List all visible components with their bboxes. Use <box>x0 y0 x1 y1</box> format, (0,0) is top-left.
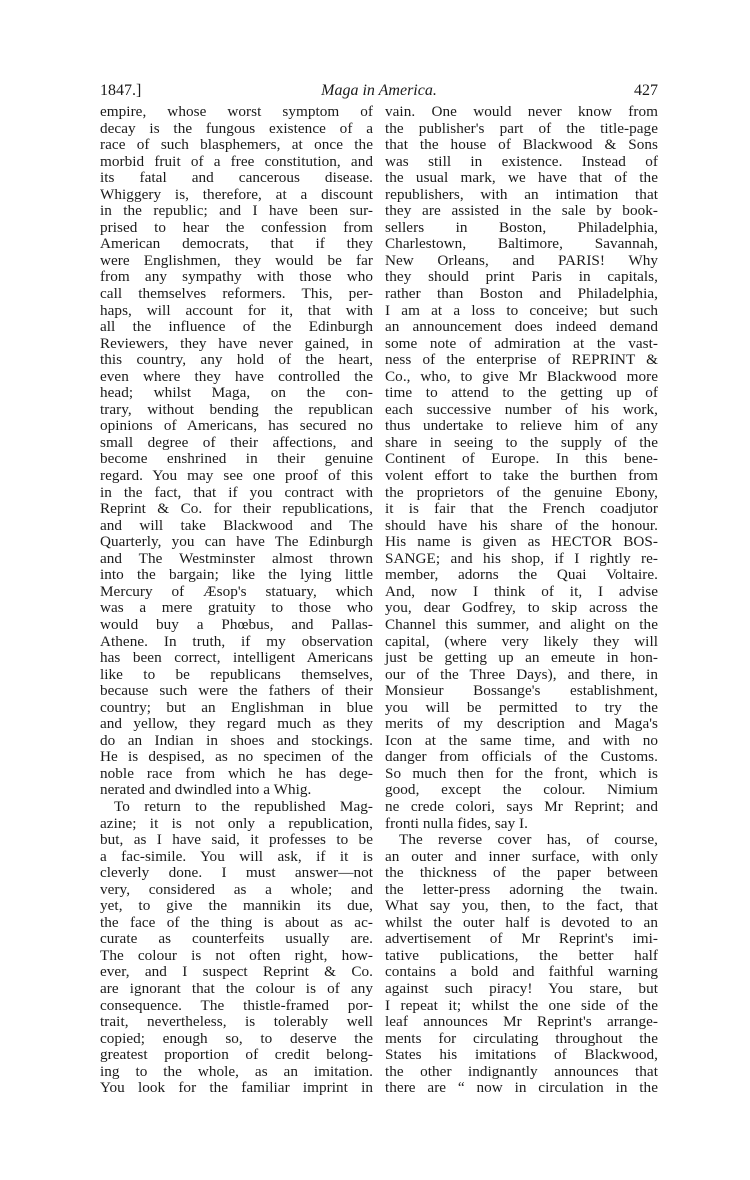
text-line: The colour is not often right, how- <box>100 948 373 965</box>
text-line: Monsieur Bossange's establishment, <box>385 683 658 700</box>
text-line: trait, nevertheless, is tolerably well <box>100 1014 373 1031</box>
text-line: its fatal and cancerous disease. <box>100 170 373 187</box>
text-line: in the fact, that if you contract with <box>100 485 373 502</box>
text-line: morbid fruit of a free constitution, and <box>100 154 373 171</box>
text-line: some note of admiration at the vast- <box>385 336 658 353</box>
text-line: Athene. In truth, if my observation <box>100 634 373 651</box>
text-line: You look for the familiar imprint in <box>100 1080 373 1097</box>
text-line: haps, will account for it, that with <box>100 303 373 320</box>
left-column: empire, whose worst symptom ofdecay is t… <box>100 104 373 1097</box>
text-line: this country, any hold of the heart, <box>100 352 373 369</box>
text-line: I am at a loss to conceive; but such <box>385 303 658 320</box>
text-line: His name is given as HECTOR BOS- <box>385 534 658 551</box>
text-line: republishers, with an intimation that <box>385 187 658 204</box>
text-line: Channel this summer, and alight on the <box>385 617 658 634</box>
text-line: and yellow, they regard much as they <box>100 716 373 733</box>
text-line: the proprietors of the genuine Ebony, <box>385 485 658 502</box>
text-line: head; whilst Maga, on the con- <box>100 385 373 402</box>
text-line: and will take Blackwood and The <box>100 518 373 535</box>
text-line: call themselves reformers. This, per- <box>100 286 373 303</box>
text-line: copied; enough so, to deserve the <box>100 1031 373 1048</box>
text-line: were Englishmen, they would be far <box>100 253 373 270</box>
text-line: was a mere gratuity to those who <box>100 600 373 617</box>
text-line: To return to the republished Mag- <box>100 799 373 816</box>
text-line: just be getting up an emeute in hon- <box>385 650 658 667</box>
text-line: they should print Paris in capitals, <box>385 269 658 286</box>
text-line: Reprint & Co. for their republications, <box>100 501 373 518</box>
text-line: against such piracy! You stare, but <box>385 981 658 998</box>
text-line: Charlestown, Baltimore, Savannah, <box>385 236 658 253</box>
page: 1847.] Maga in America. 427 empire, whos… <box>100 80 658 102</box>
text-line: empire, whose worst symptom of <box>100 104 373 121</box>
text-line: tative publications, the better half <box>385 948 658 965</box>
text-line: was still in existence. Instead of <box>385 154 658 171</box>
text-line: share in seeing to the supply of the <box>385 435 658 452</box>
text-line: ments for circulating throughout the <box>385 1031 658 1048</box>
text-line: Whiggery is, therefore, at a discount <box>100 187 373 204</box>
text-line: but, as I have said, it professes to be <box>100 832 373 849</box>
text-line: the letter-press adorning the twain. <box>385 882 658 899</box>
text-line: States his imitations of Blackwood, <box>385 1047 658 1064</box>
text-line: they are assisted in the sale by book- <box>385 203 658 220</box>
text-line: all the influence of the Edinburgh <box>100 319 373 336</box>
text-line: member, adorns the Quai Voltaire. <box>385 567 658 584</box>
text-line: And, now I think of it, I advise <box>385 584 658 601</box>
text-line: do an Indian in shoes and stockings. <box>100 733 373 750</box>
text-line: fronti nulla fides, say I. <box>385 816 658 833</box>
text-line: sellers in Boston, Philadelphia, <box>385 220 658 237</box>
text-line: has been correct, intelligent Americans <box>100 650 373 667</box>
text-line: the usual mark, we have that of the <box>385 170 658 187</box>
text-line: I repeat it; whilst the one side of the <box>385 998 658 1015</box>
right-column: vain. One would never know fromthe publi… <box>385 104 658 1097</box>
text-line: Mercury of Æsop's statuary, which <box>100 584 373 601</box>
text-line: there are “ now in circulation in the <box>385 1080 658 1097</box>
page-number: 427 <box>634 80 658 102</box>
text-line: What say you, then, to the fact, that <box>385 898 658 915</box>
text-line: Co., who, to give Mr Blackwood more <box>385 369 658 386</box>
text-line: whilst the outer half is devoted to an <box>385 915 658 932</box>
running-head-title: Maga in America. <box>100 80 658 102</box>
text-line: prised to hear the confession from <box>100 220 373 237</box>
text-line: rather than Boston and Philadelphia, <box>385 286 658 303</box>
text-line: trary, without bending the republican <box>100 402 373 419</box>
text-line: very, considered as a whole; and <box>100 882 373 899</box>
text-line: capital, (where very likely they will <box>385 634 658 651</box>
text-line: our of the Three Days), and there, in <box>385 667 658 684</box>
text-line: it is fair that the French coadjutor <box>385 501 658 518</box>
text-line: volent effort to take the burthen from <box>385 468 658 485</box>
text-line: race of such blasphemers, at once the <box>100 137 373 154</box>
text-line: opinions of Americans, has secured no <box>100 418 373 435</box>
text-line: yet, to give the mannikin its due, <box>100 898 373 915</box>
text-line: in the republic; and I have been sur- <box>100 203 373 220</box>
text-line: vain. One would never know from <box>385 104 658 121</box>
text-line: that the house of Blackwood & Sons <box>385 137 658 154</box>
text-line: decay is the fungous existence of a <box>100 121 373 138</box>
text-line: American democrats, that if they <box>100 236 373 253</box>
text-line: small degree of their affections, and <box>100 435 373 452</box>
text-line: He is despised, as no specimen of the <box>100 749 373 766</box>
text-line: country; but an Englishman in blue <box>100 700 373 717</box>
text-line: even where they have controlled the <box>100 369 373 386</box>
text-line: azine; it is not only a republication, <box>100 816 373 833</box>
text-line: you will be permitted to try the <box>385 700 658 717</box>
text-line: the face of the thing is about as ac- <box>100 915 373 932</box>
text-line: an announcement does indeed demand <box>385 319 658 336</box>
text-line: greatest proportion of credit belong- <box>100 1047 373 1064</box>
text-line: and The Westminster almost thrown <box>100 551 373 568</box>
text-line: because such were the fathers of their <box>100 683 373 700</box>
text-line: into the bargain; like the lying little <box>100 567 373 584</box>
text-line: contains a bold and faithful warning <box>385 964 658 981</box>
text-line: the publisher's part of the title-page <box>385 121 658 138</box>
text-line: Quarterly, you can have The Edinburgh <box>100 534 373 551</box>
text-line: ever, and I suspect Reprint & Co. <box>100 964 373 981</box>
text-line: a fac-simile. You will ask, if it is <box>100 849 373 866</box>
text-line: Reviewers, they have never gained, in <box>100 336 373 353</box>
text-line: So much then for the front, which is <box>385 766 658 783</box>
text-line: danger from officials of the Customs. <box>385 749 658 766</box>
text-line: ing to the whole, as an imitation. <box>100 1064 373 1081</box>
text-line: leaf announces Mr Reprint's arrange- <box>385 1014 658 1031</box>
text-line: The reverse cover has, of course, <box>385 832 658 849</box>
text-line: the other indignantly announces that <box>385 1064 658 1081</box>
text-line: good, except the colour. Nimium <box>385 782 658 799</box>
text-line: thus undertake to relieve him of any <box>385 418 658 435</box>
text-line: ness of the enterprise of REPRINT & <box>385 352 658 369</box>
text-line: Continent of Europe. In this bene- <box>385 451 658 468</box>
text-line: noble race from which he has dege- <box>100 766 373 783</box>
text-line: are ignorant that the colour is of any <box>100 981 373 998</box>
text-line: become enshrined in their genuine <box>100 451 373 468</box>
text-line: consequence. The thistle-framed por- <box>100 998 373 1015</box>
text-line: ne crede colori, says Mr Reprint; and <box>385 799 658 816</box>
text-line: you, dear Godfrey, to skip across the <box>385 600 658 617</box>
text-line: an outer and inner surface, with only <box>385 849 658 866</box>
text-line: New Orleans, and PARIS! Why <box>385 253 658 270</box>
text-line: cleverly done. I must answer—not <box>100 865 373 882</box>
text-line: regard. You may see one proof of this <box>100 468 373 485</box>
text-line: time to attend to the getting up of <box>385 385 658 402</box>
text-line: curate as counterfeits usually are. <box>100 931 373 948</box>
text-line: from any sympathy with those who <box>100 269 373 286</box>
text-line: merits of my description and Maga's <box>385 716 658 733</box>
text-line: Icon at the same time, and with no <box>385 733 658 750</box>
text-line: like to be republicans themselves, <box>100 667 373 684</box>
text-line: each successive number of his work, <box>385 402 658 419</box>
text-line: would buy a Phœbus, and Pallas- <box>100 617 373 634</box>
text-line: advertisement of Mr Reprint's imi- <box>385 931 658 948</box>
running-head: 1847.] Maga in America. 427 <box>100 80 658 102</box>
text-line: the thickness of the paper between <box>385 865 658 882</box>
text-line: should have his share of the honour. <box>385 518 658 535</box>
text-line: SANGE; and his shop, if I rightly re- <box>385 551 658 568</box>
text-line: nerated and dwindled into a Whig. <box>100 782 373 799</box>
